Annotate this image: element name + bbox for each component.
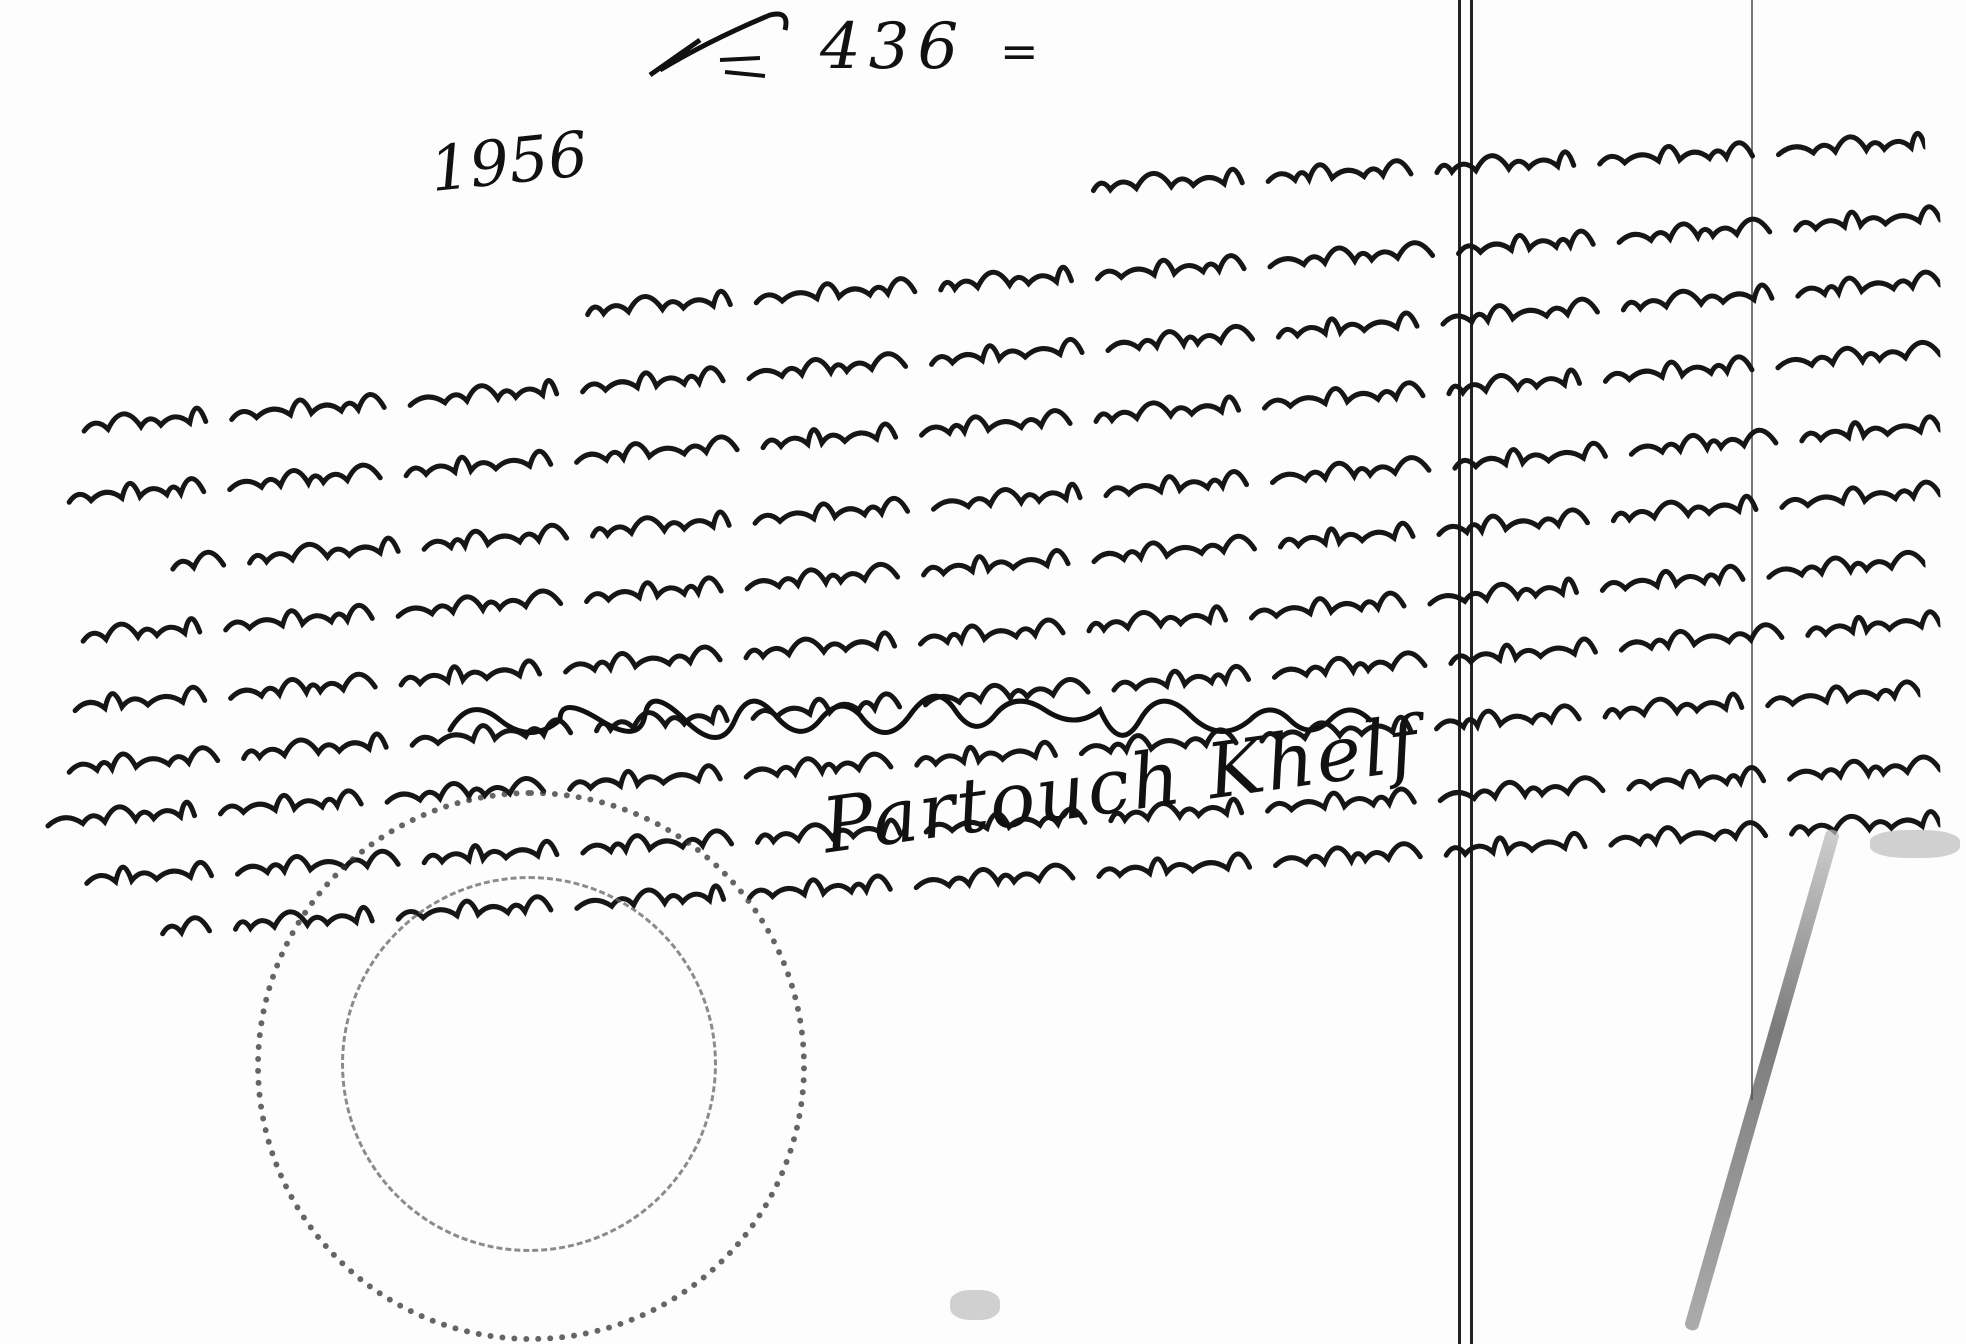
scanned-letter-page: 436 = 1956 handwritten line 1 (Hebrew-sc…: [0, 0, 1966, 1344]
reference-number: 436: [820, 10, 966, 84]
scan-smudge: [1870, 830, 1960, 858]
scan-smudge: [950, 1290, 1000, 1320]
stamp-inner-ring: [341, 876, 717, 1252]
official-stamp: [255, 790, 807, 1342]
letter-date: 1956: [427, 117, 592, 206]
ink-stroke-mark: [1684, 828, 1841, 1332]
reference-equals: =: [1000, 24, 1047, 78]
